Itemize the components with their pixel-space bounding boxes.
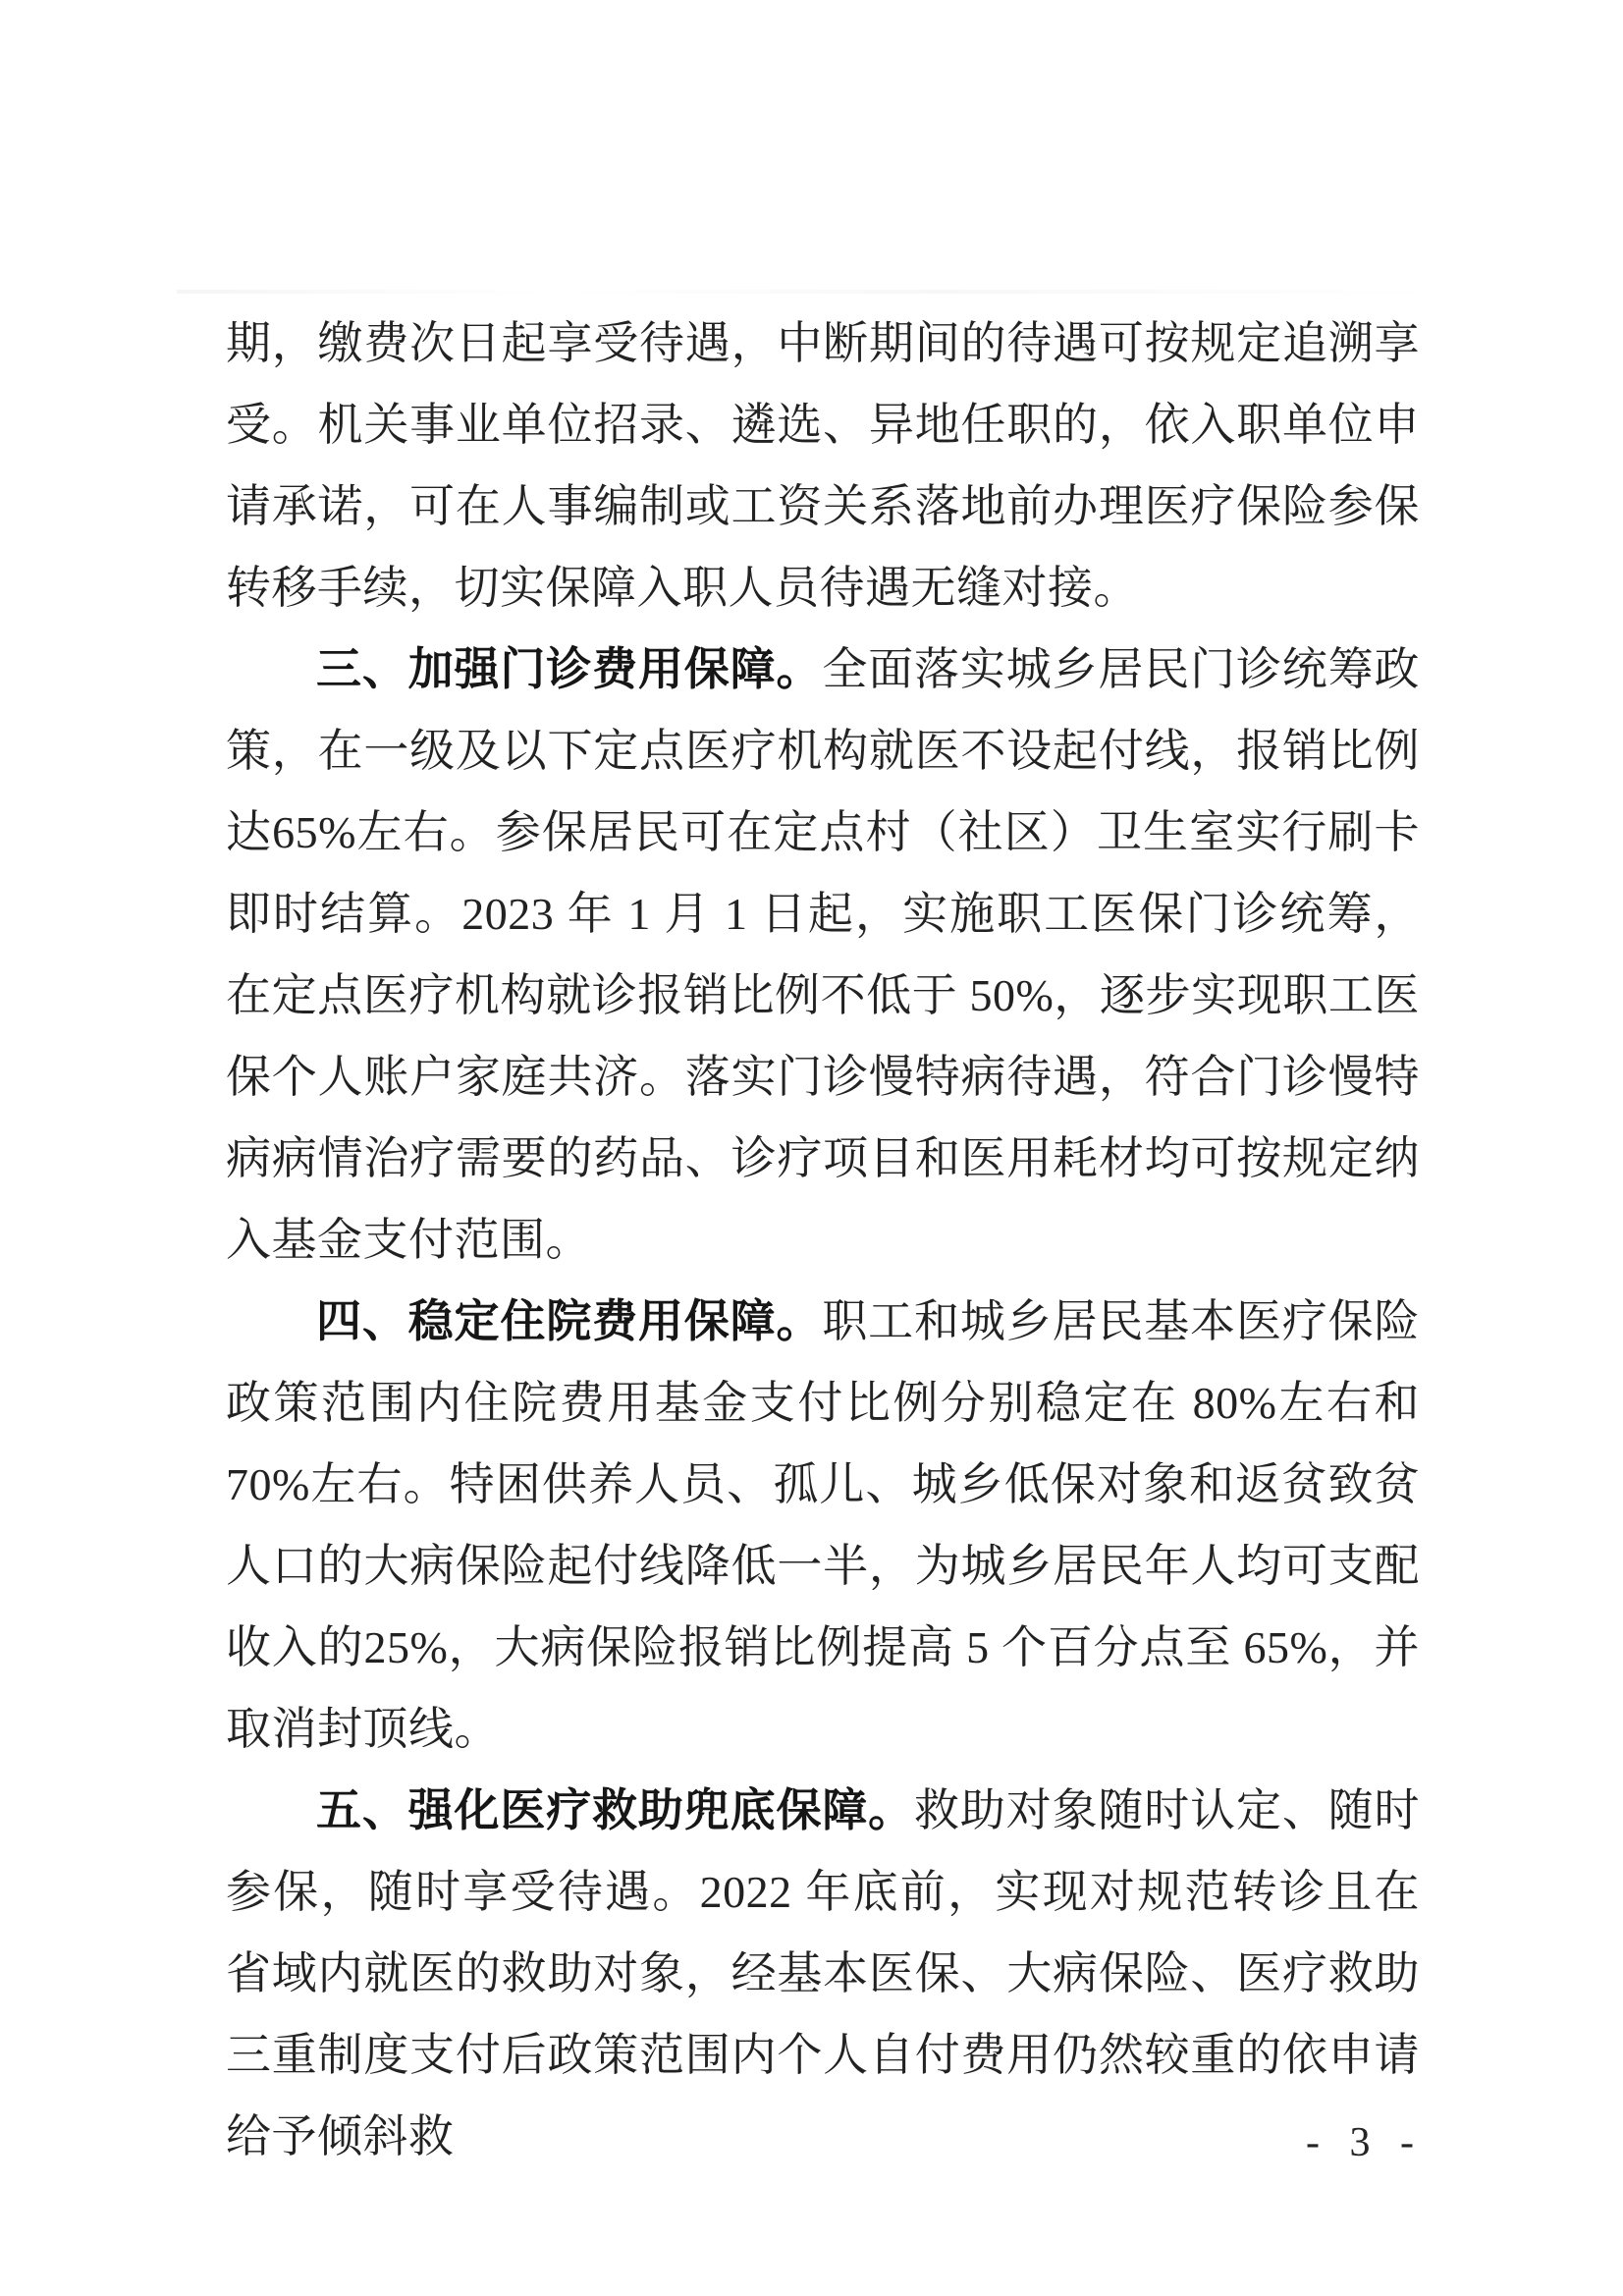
- paragraph-section-3: 三、加强门诊费用保障。全面落实城乡居民门诊统筹政策，在一级及以下定点医疗机构就医…: [226, 629, 1420, 1281]
- paragraph-section-5: 五、强化医疗救助兜底保障。救助对象随时认定、随时参保，随时享受待遇。2022 年…: [226, 1770, 1420, 2177]
- paragraph-text: 期，缴费次日起享受待遇，中断期间的待遇可按规定追溯享受。机关事业单位招录、遴选、…: [226, 318, 1420, 613]
- section-heading-3: 三、加强门诊费用保障。: [316, 643, 822, 694]
- paragraph-text: 职工和城乡居民基本医疗保险政策范围内住院费用基金支付比例分别稳定在 80%左右和…: [226, 1296, 1420, 1754]
- document-body: 期，缴费次日起享受待遇，中断期间的待遇可按规定追溯享受。机关事业单位招录、遴选、…: [226, 302, 1420, 2177]
- paragraph-text: 救助对象随时认定、随时参保，随时享受待遇。2022 年底前，实现对规范转诊且在省…: [226, 1785, 1420, 2161]
- section-heading-4: 四、稳定住院费用保障。: [316, 1295, 822, 1346]
- document-page: 期，缴费次日起享受待遇，中断期间的待遇可按规定追溯享受。机关事业单位招录、遴选、…: [0, 0, 1623, 2296]
- paragraph-text: 全面落实城乡居民门诊统筹政策，在一级及以下定点医疗机构就医不设起付线，报销比例达…: [226, 644, 1420, 1265]
- page-number: - 3 -: [1306, 2119, 1424, 2166]
- paragraph-continuation: 期，缴费次日起享受待遇，中断期间的待遇可按规定追溯享受。机关事业单位招录、遴选、…: [226, 302, 1420, 629]
- paragraph-section-4: 四、稳定住院费用保障。职工和城乡居民基本医疗保险政策范围内住院费用基金支付比例分…: [226, 1281, 1420, 1770]
- scan-artifact: [177, 290, 1443, 294]
- section-heading-5: 五、强化医疗救助兜底保障。: [316, 1784, 914, 1835]
